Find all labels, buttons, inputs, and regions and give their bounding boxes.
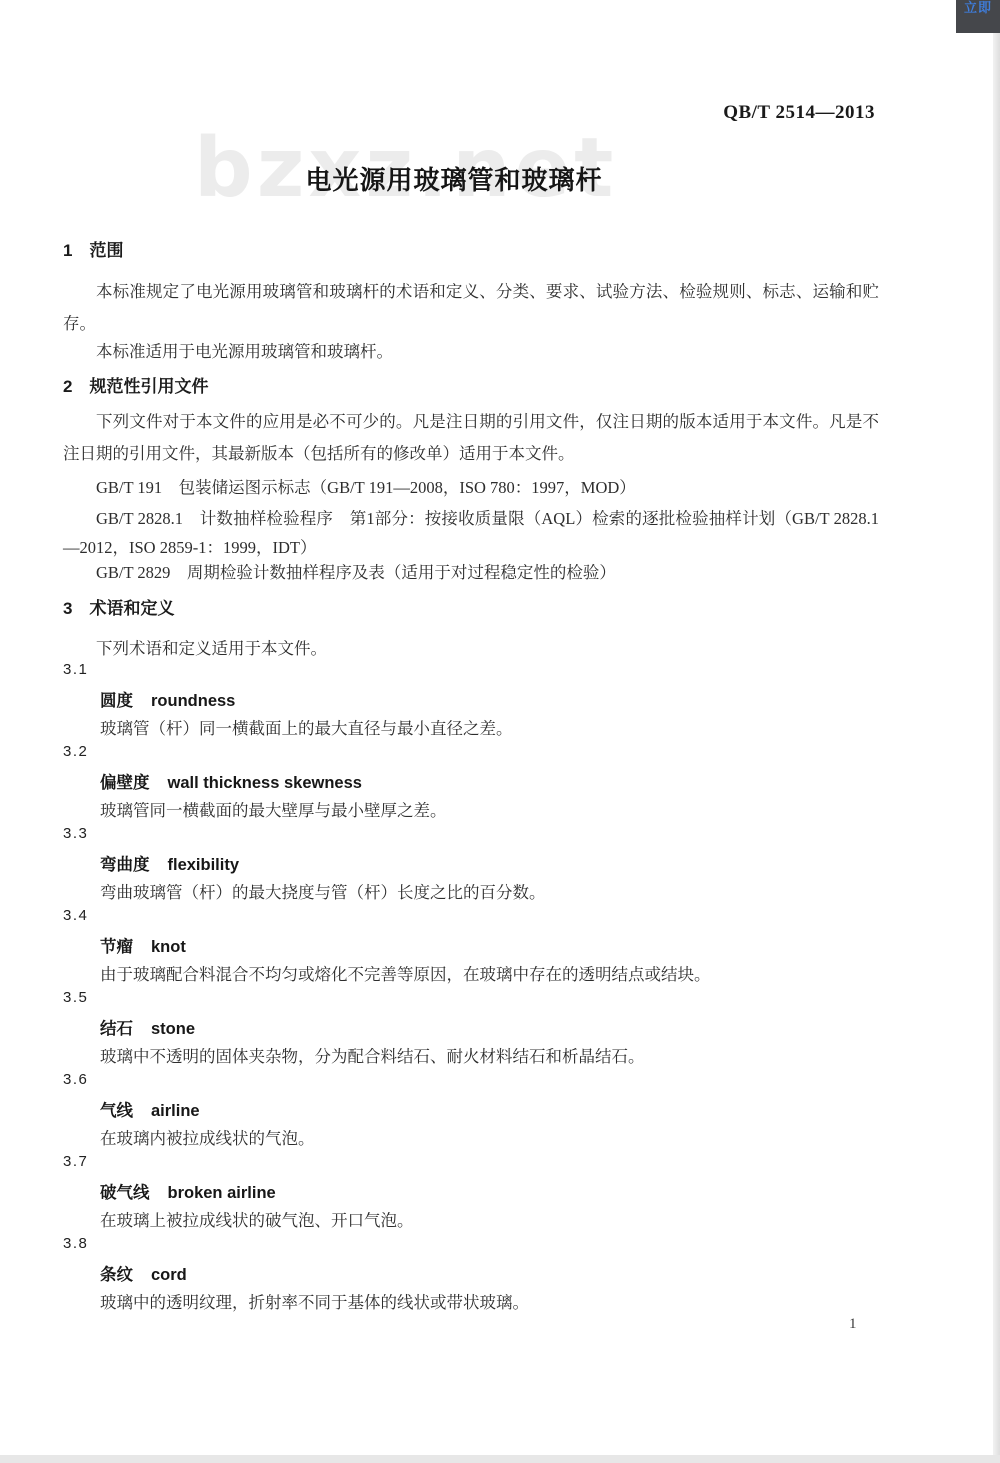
section-heading-terms: 3术语和定义 [63,594,174,619]
term-clause-number: 3.3 [63,825,88,842]
term-heading: 结石stone [100,1015,195,1039]
term-en: roundness [151,692,235,710]
term-heading: 偏壁度wall thickness skewness [100,769,362,793]
term-definition: 玻璃管同一横截面的最大壁厚与最小壁厚之差。 [100,797,447,821]
section-heading-references: 2规范性引用文件 [63,372,208,397]
reference-item: GB/T 2828.1 计数抽样检验程序 第1部分：按接收质量限（AQL）检索的… [63,504,879,562]
term-definition: 在玻璃内被拉成线状的气泡。 [100,1125,315,1149]
term-clause-number: 3.5 [63,989,88,1006]
term-clause-number: 3.7 [63,1153,88,1170]
term-heading: 破气线broken airline [100,1179,276,1203]
term-en: stone [151,1020,195,1038]
term-clause-number: 3.2 [63,743,88,760]
term-zh: 圆度 [100,692,133,710]
term-en: broken airline [168,1184,276,1202]
references-intro: 下列文件对于本文件的应用是必不可少的。凡是注日期的引用文件，仅注日期的版本适用于… [63,406,879,470]
term-heading: 气线airline [100,1097,200,1121]
page-edge-shadow-bottom [0,1455,1000,1463]
term-zh: 结石 [100,1020,133,1038]
terms-intro: 下列术语和定义适用于本文件。 [63,633,879,665]
section-number: 2 [63,377,72,397]
term-definition: 玻璃中不透明的固体夹杂物，分为配合料结石、耐火材料结石和析晶结石。 [100,1043,645,1067]
term-clause-number: 3.8 [63,1235,88,1252]
scope-paragraph-1: 本标准规定了电光源用玻璃管和玻璃杆的术语和定义、分类、要求、试验方法、检验规则、… [63,276,879,340]
term-definition: 由于玻璃配合料混合不均匀或熔化不完善等原因，在玻璃中存在的透明结点或结块。 [100,961,711,985]
term-heading: 节瘤knot [100,933,186,957]
term-en: wall thickness skewness [168,774,362,792]
term-zh: 条纹 [100,1266,133,1284]
term-heading: 条纹cord [100,1261,187,1285]
section-title: 范围 [89,241,123,260]
reference-item: GB/T 2829 周期检验计数抽样程序及表（适用于对过程稳定性的检验） [63,557,879,589]
term-zh: 弯曲度 [100,856,150,874]
term-clause-number: 3.1 [63,661,88,678]
term-en: cord [151,1266,187,1284]
term-heading: 弯曲度flexibility [100,851,239,875]
term-heading: 圆度roundness [100,687,235,711]
section-title: 术语和定义 [89,599,174,618]
term-definition: 在玻璃上被拉成线状的破气泡、开口气泡。 [100,1207,414,1231]
page-number: 1 [849,1316,857,1333]
term-clause-number: 3.6 [63,1071,88,1088]
term-clause-number: 3.4 [63,907,88,924]
page-edge-shadow-right [993,0,1000,1463]
term-en: airline [151,1102,200,1120]
term-definition: 弯曲玻璃管（杆）的最大挠度与管（杆）长度之比的百分数。 [100,879,546,903]
section-number: 1 [63,241,72,261]
doc-title: 电光源用玻璃管和玻璃杆 [40,160,868,197]
term-zh: 偏壁度 [100,774,150,792]
section-title: 规范性引用文件 [89,377,208,396]
section-number: 3 [63,599,72,619]
term-en: flexibility [168,856,240,874]
term-en: knot [151,938,186,956]
reference-item: GB/T 191 包装储运图示标志（GB/T 191—2008，ISO 780：… [63,472,879,504]
download-overlay-label: 立即 [964,0,992,16]
term-definition: 玻璃管（杆）同一横截面上的最大直径与最小直径之差。 [100,715,513,739]
term-definition: 玻璃中的透明纹理，折射率不同于基体的线状或带状玻璃。 [100,1289,529,1313]
scope-paragraph-2: 本标准适用于电光源用玻璃管和玻璃杆。 [63,336,879,368]
doc-number: QB/T 2514—2013 [723,102,875,124]
term-zh: 节瘤 [100,938,133,956]
download-overlay-button[interactable]: 立即 [956,0,1000,33]
term-zh: 破气线 [100,1184,150,1202]
term-zh: 气线 [100,1102,133,1120]
section-heading-scope: 1范围 [63,236,123,261]
